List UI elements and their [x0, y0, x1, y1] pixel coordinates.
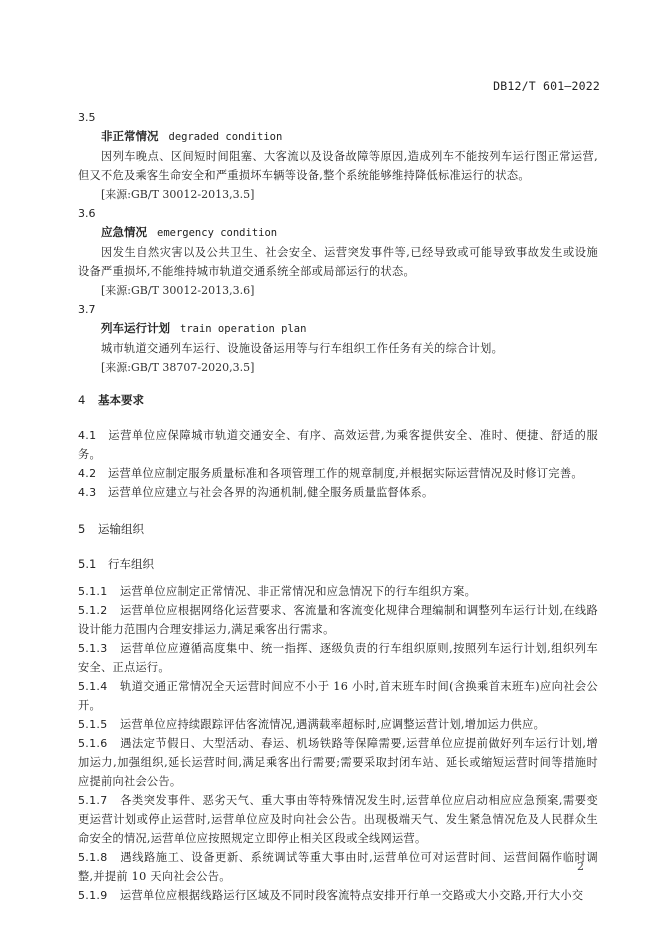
clause: 5.1.2运营单位应根据网络化运营要求、客流量和客流变化规律合理编制和调整列车运… — [78, 601, 598, 639]
section-clauses: 4.1运营单位应保障城市轨道交通安全、有序、高效运营,为乘客提供安全、准时、便捷… — [78, 426, 598, 502]
clause-text: 运营单位应保障城市轨道交通安全、有序、高效运营,为乘客提供安全、准时、便捷、舒适… — [78, 429, 598, 461]
term-title-en: emergency condition — [157, 227, 277, 239]
term-number: 3.5 — [78, 108, 598, 127]
term-entry: 3.7 列车运行计划train operation plan 城市轨道交通列车运… — [78, 300, 598, 377]
clause: 4.2运营单位应制定服务质量标准和各项管理工作的规章制度,并根据实际运营情况及时… — [78, 464, 598, 483]
clause: 5.1.6遇法定节假日、大型活动、春运、机场铁路等保障需要,运营单位应提前做好列… — [78, 734, 598, 791]
clause-text: 遇线路施工、设备更新、系统调试等重大事由时,运营单位可对运营时间、运营间隔作临时… — [78, 851, 598, 883]
clause-text: 轨道交通正常情况全天运营时间应不小于 16 小时,首末班车时间(含换乘首末班车)… — [78, 680, 598, 712]
clause: 4.1运营单位应保障城市轨道交通安全、有序、高效运营,为乘客提供安全、准时、便捷… — [78, 426, 598, 464]
term-definition: 城市轨道交通列车运行、设施设备运用等与行车组织工作任务有关的综合计划。 — [78, 339, 598, 358]
section-title: 运输组织 — [98, 522, 144, 536]
term-definition: 因列车晚点、区间短时间阻塞、大客流以及设备故障等原因,造成列车不能按列车运行图正… — [78, 147, 598, 185]
term-entry: 3.6 应急情况emergency condition 因发生自然灾害以及公共卫… — [78, 204, 598, 300]
term-source: [来源:GB/T 30012-2013,3.6] — [78, 281, 598, 300]
clause-text: 运营单位应根据线路运行区域及不同时段客流特点安排开行单一交路或大小交路,开行大小… — [120, 889, 583, 902]
clause-text: 运营单位应制定服务质量标准和各项管理工作的规章制度,并根据实际运营情况及时修订完… — [108, 467, 583, 480]
term-title: 列车运行计划train operation plan — [78, 319, 598, 339]
section-heading: 5运输组织 — [78, 520, 598, 539]
clause: 5.1.1运营单位应制定正常情况、非正常情况和应急情况下的行车组织方案。 — [78, 582, 598, 601]
clause-number: 5.1.6 — [78, 734, 120, 753]
section-number: 4 — [78, 391, 98, 410]
clause-number: 5.1.7 — [78, 791, 120, 810]
term-source: [来源:GB/T 30012-2013,3.5] — [78, 185, 598, 204]
clause-number: 4.2 — [78, 464, 108, 483]
clause-number: 5.1.3 — [78, 639, 120, 658]
clause-number: 5.1.5 — [78, 715, 120, 734]
clause-number: 4.3 — [78, 483, 108, 502]
term-entry: 3.5 非正常情况degraded condition 因列车晚点、区间短时间阻… — [78, 108, 598, 204]
term-title-en: train operation plan — [180, 323, 306, 335]
clause: 5.1.5运营单位应持续跟踪评估客流情况,遇满载率超标时,应调整运营计划,增加运… — [78, 715, 598, 734]
clause-text: 运营单位应建立与社会各界的沟通机制,健全服务质量监督体系。 — [108, 486, 434, 499]
clause-number: 5.1.4 — [78, 677, 120, 696]
section-number: 5 — [78, 520, 98, 539]
clause-text: 运营单位应持续跟踪评估客流情况,遇满载率超标时,应调整运营计划,增加运力供应。 — [120, 718, 545, 731]
clause-number: 5.1.2 — [78, 601, 120, 620]
document-page: DB12/T 601—2022 3.5 非正常情况degraded condit… — [0, 0, 662, 936]
term-title-zh: 非正常情况 — [101, 129, 159, 143]
clause: 4.3运营单位应建立与社会各界的沟通机制,健全服务质量监督体系。 — [78, 483, 598, 502]
term-number: 3.6 — [78, 204, 598, 223]
clause-text: 运营单位应遵循高度集中、统一指挥、逐级负责的行车组织原则,按照列车运行计划,组织… — [78, 642, 598, 674]
term-definition: 因发生自然灾害以及公共卫生、社会安全、运营突发事件等,已经导致或可能导致事故发生… — [78, 243, 598, 281]
term-title-zh: 应急情况 — [101, 225, 147, 239]
subsection-clauses: 5.1.1运营单位应制定正常情况、非正常情况和应急情况下的行车组织方案。 5.1… — [78, 582, 598, 905]
clause-number: 4.1 — [78, 426, 108, 445]
term-title: 应急情况emergency condition — [78, 223, 598, 243]
clause-text: 各类突发事件、恶劣天气、重大事由等特殊情况发生时,运营单位应启动相应应急预案,需… — [78, 794, 598, 845]
page-number: 2 — [577, 860, 584, 873]
clause-number: 5.1.9 — [78, 886, 120, 905]
subsection-heading: 5.1行车组织 — [78, 555, 598, 574]
document-id: DB12/T 601—2022 — [493, 79, 600, 93]
subsection-title: 行车组织 — [108, 557, 154, 571]
clause: 5.1.9运营单位应根据线路运行区域及不同时段客流特点安排开行单一交路或大小交路… — [78, 886, 598, 905]
section-title: 基本要求 — [98, 393, 144, 407]
term-title-en: degraded condition — [169, 131, 283, 143]
subsection-number: 5.1 — [78, 555, 108, 574]
clause: 5.1.7各类突发事件、恶劣天气、重大事由等特殊情况发生时,运营单位应启动相应应… — [78, 791, 598, 848]
clause: 5.1.3运营单位应遵循高度集中、统一指挥、逐级负责的行车组织原则,按照列车运行… — [78, 639, 598, 677]
clause-text: 运营单位应根据网络化运营要求、客流量和客流变化规律合理编制和调整列车运行计划,在… — [78, 604, 598, 636]
clause-text: 运营单位应制定正常情况、非正常情况和应急情况下的行车组织方案。 — [120, 585, 476, 598]
clause-number: 5.1.1 — [78, 582, 120, 601]
clause-text: 遇法定节假日、大型活动、春运、机场铁路等保障需要,运营单位应提前做好列车运行计划… — [78, 737, 598, 788]
term-title: 非正常情况degraded condition — [78, 127, 598, 147]
term-number: 3.7 — [78, 300, 598, 319]
clause: 5.1.4轨道交通正常情况全天运营时间应不小于 16 小时,首末班车时间(含换乘… — [78, 677, 598, 715]
clause: 5.1.8遇线路施工、设备更新、系统调试等重大事由时,运营单位可对运营时间、运营… — [78, 848, 598, 886]
document-body: 3.5 非正常情况degraded condition 因列车晚点、区间短时间阻… — [78, 108, 598, 905]
section-heading: 4基本要求 — [78, 391, 598, 410]
term-source: [来源:GB/T 38707-2020,3.5] — [78, 358, 598, 377]
term-title-zh: 列车运行计划 — [101, 321, 170, 335]
clause-number: 5.1.8 — [78, 848, 120, 867]
